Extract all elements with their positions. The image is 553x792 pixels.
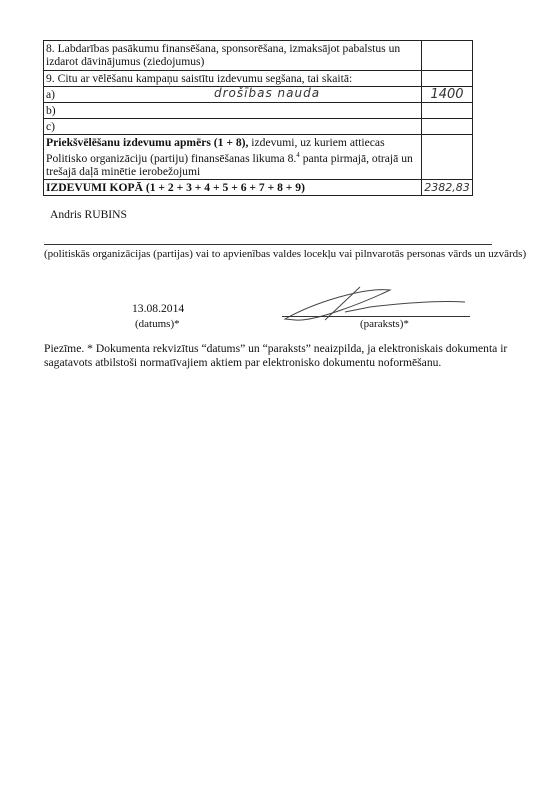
total-label: IZDEVUMI KOPĀ (1 + 2 + 3 + 4 + 5 + 6 + 7… bbox=[44, 179, 422, 195]
signature-caption: (paraksts)* bbox=[360, 318, 409, 330]
row-label: 9. Citu ar vēlēšanu kampaņu saistītu izd… bbox=[44, 71, 422, 87]
note: Piezīme. * Dokumenta rekvizītus “datums”… bbox=[44, 342, 514, 370]
table-row: 8. Labdarības pasākumu finansēšana, spon… bbox=[44, 41, 473, 71]
row-label: b) bbox=[44, 103, 422, 119]
row-label: Priekšvēlēšanu izdevumu apmērs (1 + 8), … bbox=[44, 135, 422, 180]
signer-name: Andris RUBINS bbox=[50, 208, 127, 221]
row-label: 8. Labdarības pasākumu finansēšana, spon… bbox=[44, 41, 422, 71]
row-value: 1400 bbox=[422, 87, 473, 103]
row-value bbox=[422, 119, 473, 135]
table-row: b) bbox=[44, 103, 473, 119]
handwritten-description: drošības nauda bbox=[214, 87, 320, 100]
row-label: c) bbox=[44, 119, 422, 135]
date-value: 13.08.2014 bbox=[132, 302, 184, 315]
table-row: c) bbox=[44, 119, 473, 135]
row-value bbox=[422, 41, 473, 71]
date-caption: (datums)* bbox=[135, 318, 180, 330]
table-row-total: IZDEVUMI KOPĀ (1 + 2 + 3 + 4 + 5 + 6 + 7… bbox=[44, 179, 473, 195]
row-value bbox=[422, 103, 473, 119]
row-value bbox=[422, 71, 473, 87]
row-label-text: a) bbox=[46, 88, 55, 101]
signature-line bbox=[282, 316, 470, 317]
total-value: 2382,83 bbox=[422, 179, 473, 195]
table-row: 9. Citu ar vēlēšanu kampaņu saistītu izd… bbox=[44, 71, 473, 87]
table-row: a) drošības nauda 1400 bbox=[44, 87, 473, 103]
row-label: a) drošības nauda bbox=[44, 87, 422, 103]
name-caption: (politiskās organizācijas (partijas) vai… bbox=[44, 248, 526, 260]
pre-election-bold: Priekšvēlēšanu izdevumu apmērs (1 + 8), bbox=[46, 136, 248, 149]
expenses-table: 8. Labdarības pasākumu finansēšana, spon… bbox=[43, 40, 473, 196]
row-value bbox=[422, 135, 473, 180]
table-row: Priekšvēlēšanu izdevumu apmērs (1 + 8), … bbox=[44, 135, 473, 180]
name-line bbox=[44, 244, 492, 245]
